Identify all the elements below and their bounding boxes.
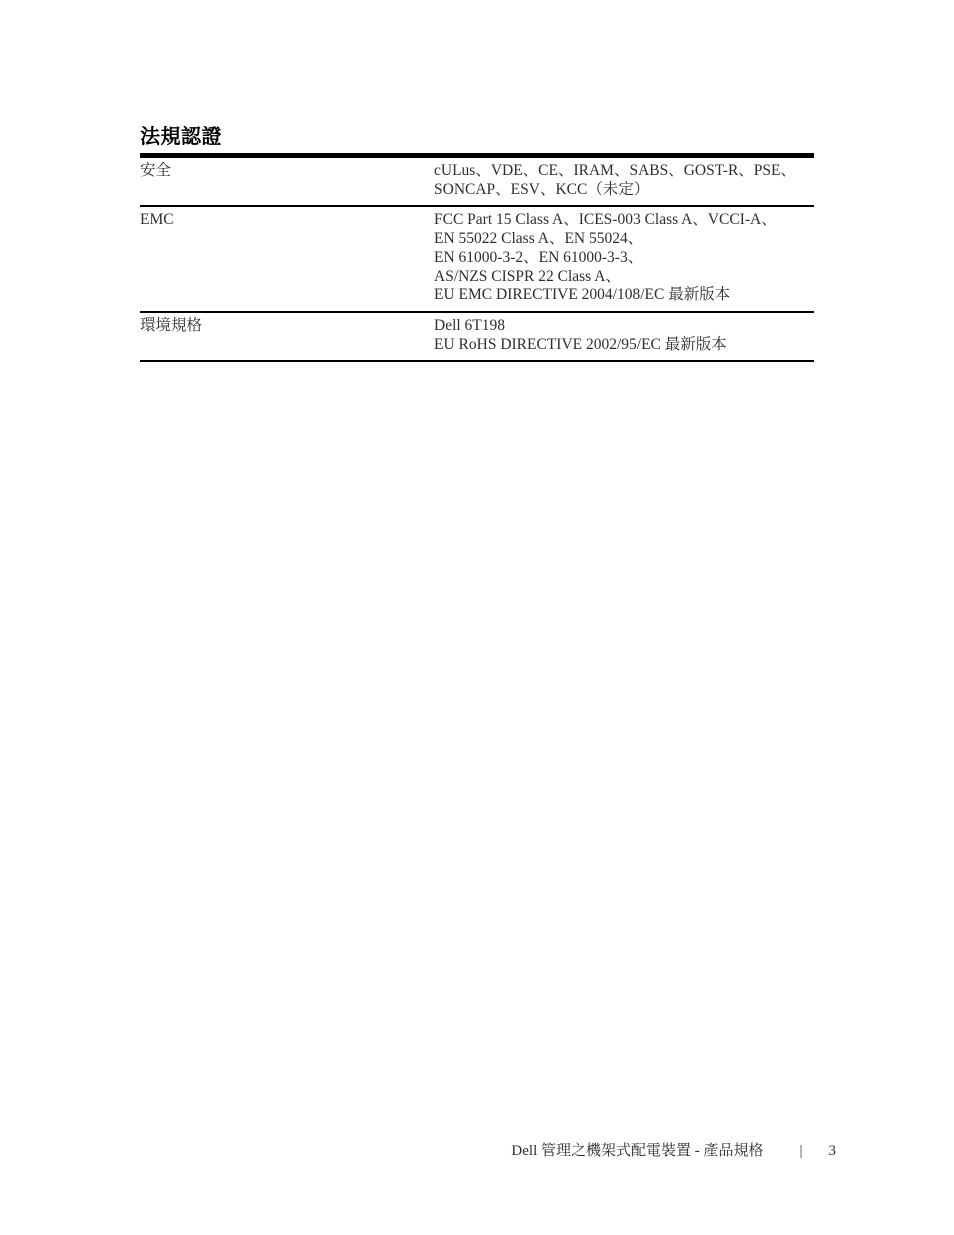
table-row-environmental: 環境規格 Dell 6T198 EU RoHS DIRECTIVE 2002/9… (140, 313, 814, 362)
row-value: Dell 6T198 EU RoHS DIRECTIVE 2002/95/EC … (434, 317, 814, 354)
table-row-emc: EMC FCC Part 15 Class A、ICES-003 Class A… (140, 207, 814, 313)
page-footer: Dell 管理之機架式配電裝置 - 產品規格 | 3 (0, 1142, 836, 1161)
value-line: Dell 6T198 (434, 317, 814, 336)
value-line: SONCAP、ESV、KCC（未定） (434, 181, 814, 200)
value-line: EU EMC DIRECTIVE 2004/108/EC 最新版本 (434, 286, 814, 305)
document-page: 法規認證 安全 cULus、VDE、CE、IRAM、SABS、GOST-R、PS… (0, 0, 954, 1235)
row-label: 環境規格 (140, 317, 434, 336)
value-line: cULus、VDE、CE、IRAM、SABS、GOST-R、PSE、 (434, 162, 814, 181)
value-line: FCC Part 15 Class A、ICES-003 Class A、VCC… (434, 211, 814, 230)
value-line: AS/NZS CISPR 22 Class A、 (434, 268, 814, 287)
row-label: 安全 (140, 162, 434, 181)
table-row-safety: 安全 cULus、VDE、CE、IRAM、SABS、GOST-R、PSE、 SO… (140, 158, 814, 207)
page-number: 3 (829, 1142, 837, 1161)
footer-separator: | (799, 1142, 802, 1161)
section-heading: 法規認證 (140, 124, 222, 150)
footer-document-title: Dell 管理之機架式配電裝置 - 產品規格 (511, 1142, 763, 1161)
value-line: EU RoHS DIRECTIVE 2002/95/EC 最新版本 (434, 336, 814, 355)
regulatory-approvals-table: 安全 cULus、VDE、CE、IRAM、SABS、GOST-R、PSE、 SO… (140, 153, 814, 362)
row-value: FCC Part 15 Class A、ICES-003 Class A、VCC… (434, 211, 814, 305)
value-line: EN 61000-3-2、EN 61000-3-3、 (434, 249, 814, 268)
value-line: EN 55022 Class A、EN 55024、 (434, 230, 814, 249)
row-label: EMC (140, 211, 434, 230)
row-value: cULus、VDE、CE、IRAM、SABS、GOST-R、PSE、 SONCA… (434, 162, 814, 199)
